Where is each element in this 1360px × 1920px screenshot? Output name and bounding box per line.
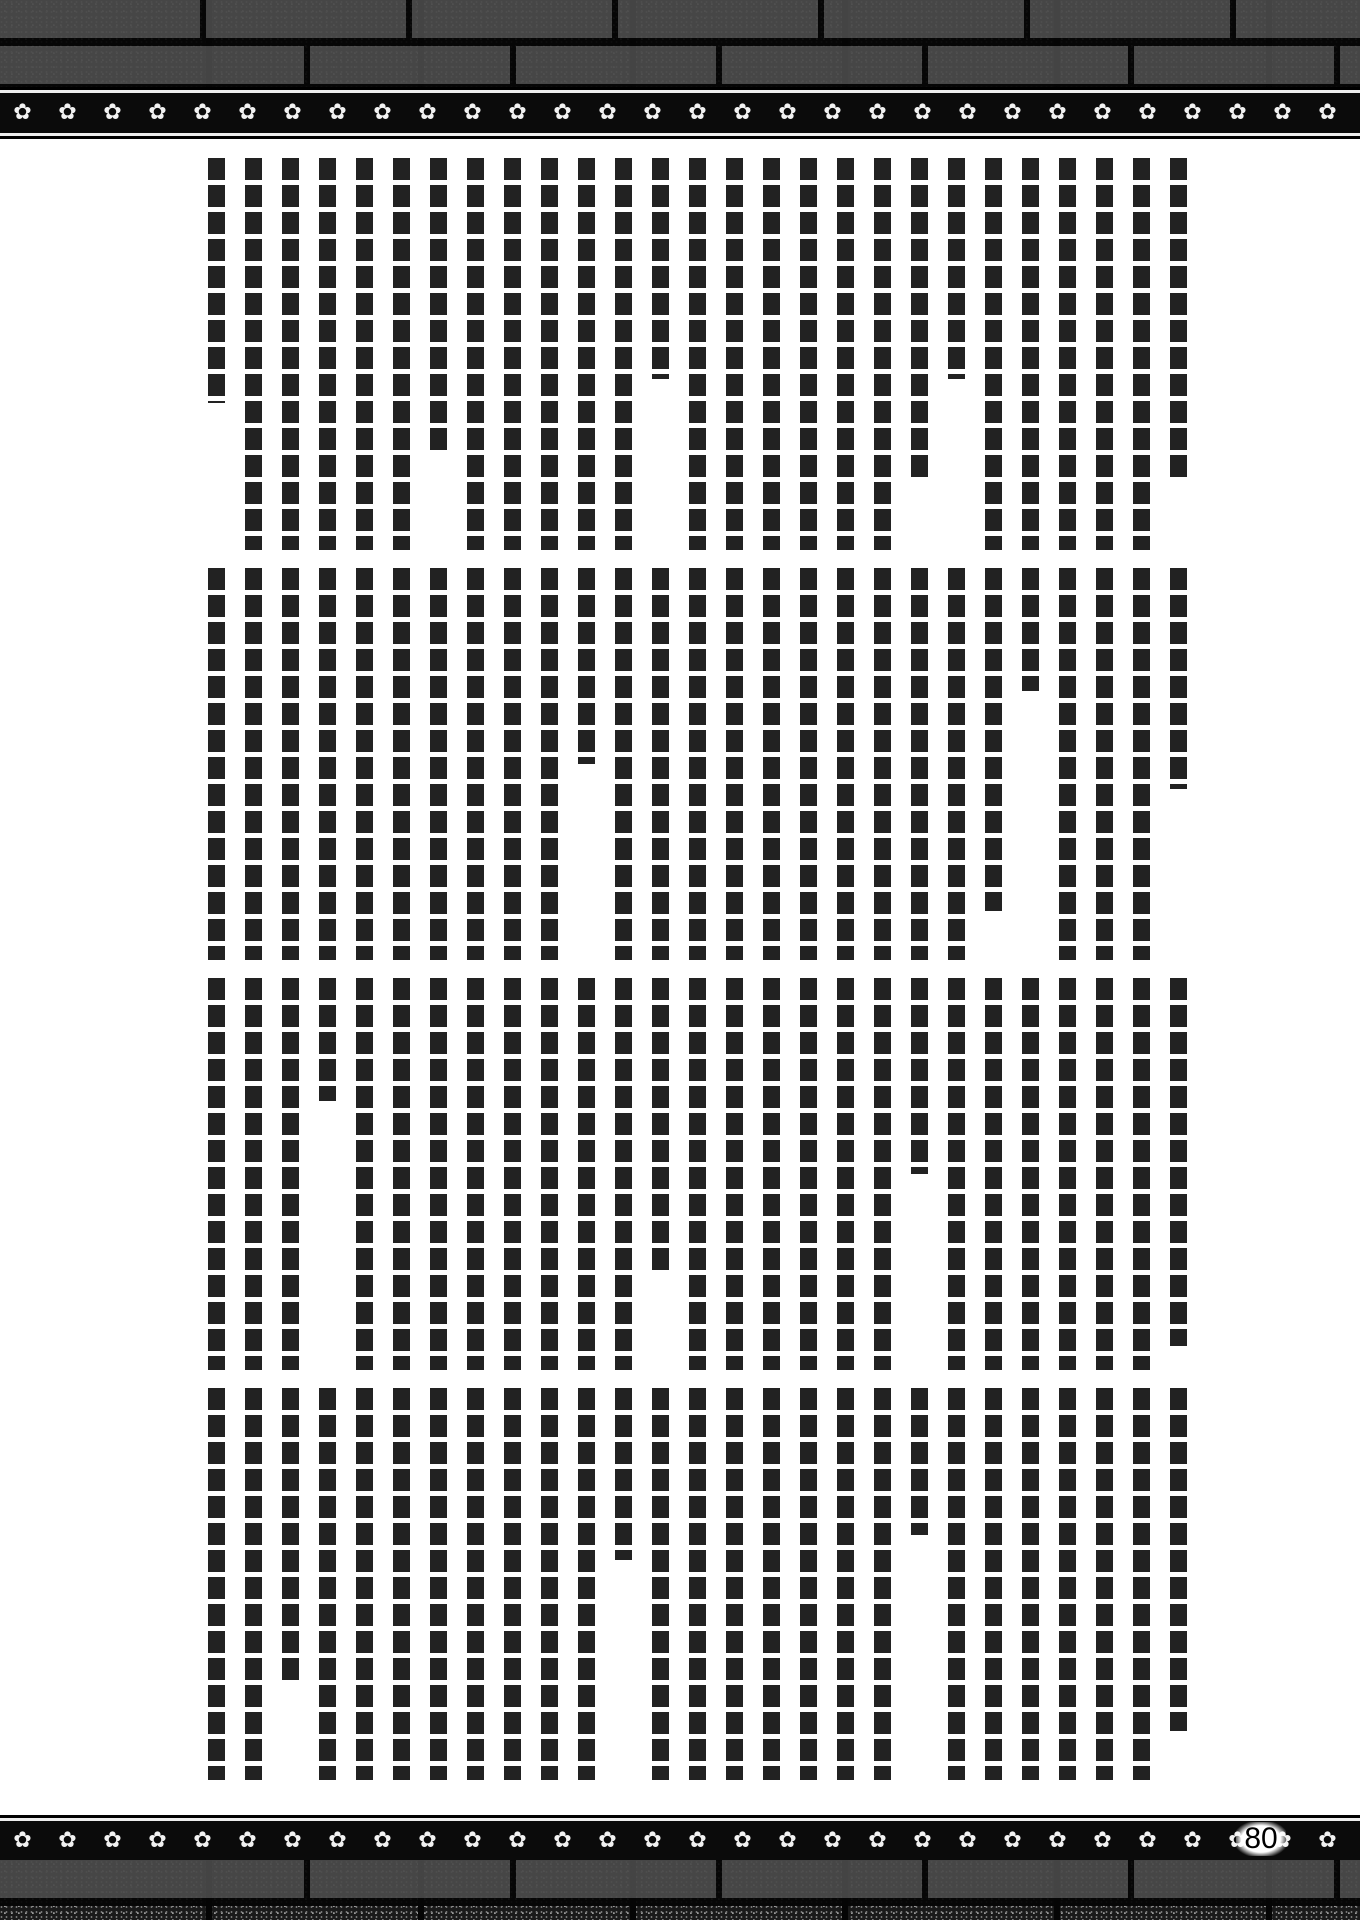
text-column <box>903 978 936 1388</box>
text-column <box>1088 978 1121 1388</box>
text-column <box>533 978 566 1388</box>
text-column <box>570 1388 603 1798</box>
text-column <box>644 1388 677 1798</box>
flower-ornament-icon: ✿ <box>765 93 810 133</box>
text-column <box>755 158 788 568</box>
text-column <box>903 1388 936 1798</box>
text-column <box>533 158 566 568</box>
flower-ornament-icon: ✿ <box>945 93 990 133</box>
text-column <box>681 568 714 978</box>
flower-ornament-icon: ✿ <box>405 93 450 133</box>
text-tier-2 <box>165 568 1195 978</box>
text-column <box>681 158 714 568</box>
text-column <box>718 1388 751 1798</box>
flower-ornament-icon: ✿ <box>630 1821 675 1861</box>
flower-ornament-icon: ✿ <box>225 1821 270 1861</box>
flower-ornament-icon: ✿ <box>585 93 630 133</box>
text-column <box>1088 158 1121 568</box>
text-column <box>237 568 270 978</box>
flower-ornament-icon: ✿ <box>450 1821 495 1861</box>
text-column <box>977 158 1010 568</box>
flower-ornament-icon: ✿ <box>720 1821 765 1861</box>
flower-ornament-icon: ✿ <box>540 93 585 133</box>
text-column <box>977 568 1010 978</box>
text-column <box>1051 158 1084 568</box>
text-column <box>1162 158 1195 568</box>
text-column <box>200 158 233 568</box>
text-column <box>311 1388 344 1798</box>
flower-ornament-icon: ✿ <box>135 93 180 133</box>
flower-ornament-icon: ✿ <box>720 93 765 133</box>
flower-ornament-icon: ✿ <box>45 1821 90 1861</box>
text-column <box>866 158 899 568</box>
flower-ornament-icon: ✿ <box>900 93 945 133</box>
text-column <box>607 568 640 978</box>
text-column <box>422 568 455 978</box>
text-column <box>792 158 825 568</box>
text-column <box>1125 568 1158 978</box>
text-column <box>866 1388 899 1798</box>
text-column <box>200 1388 233 1798</box>
text-tier-4 <box>165 1388 1195 1798</box>
text-column <box>1014 978 1047 1388</box>
flower-ornament-icon: ✿ <box>495 93 540 133</box>
flower-ornament-icon: ✿ <box>180 93 225 133</box>
flower-ornament-icon: ✿ <box>765 1821 810 1861</box>
text-column <box>681 978 714 1388</box>
text-column <box>792 568 825 978</box>
flower-ornament-icon: ✿ <box>855 1821 900 1861</box>
flower-ornament-icon: ✿ <box>450 93 495 133</box>
flower-ornament-icon: ✿ <box>270 1821 315 1861</box>
text-tier-3 <box>165 978 1195 1388</box>
text-column <box>644 978 677 1388</box>
brick-row <box>0 46 1360 92</box>
text-column <box>940 978 973 1388</box>
flower-ornament-icon: ✿ <box>225 93 270 133</box>
text-column <box>533 1388 566 1798</box>
flower-ornament-icon: ✿ <box>1170 1821 1215 1861</box>
text-column <box>1014 1388 1047 1798</box>
text-column <box>866 978 899 1388</box>
text-column <box>1088 568 1121 978</box>
text-column <box>348 158 381 568</box>
brick-row <box>0 0 1360 46</box>
text-column <box>311 158 344 568</box>
text-column <box>459 158 492 568</box>
text-column <box>200 568 233 978</box>
text-column <box>274 978 307 1388</box>
text-column <box>1162 1388 1195 1798</box>
text-column <box>829 978 862 1388</box>
text-column <box>1051 568 1084 978</box>
flower-ornament-icon: ✿ <box>540 1821 585 1861</box>
flower-ornament-icon: ✿ <box>1125 93 1170 133</box>
text-column <box>237 1388 270 1798</box>
flower-ornament-icon: ✿ <box>585 1821 630 1861</box>
text-column <box>681 1388 714 1798</box>
text-column <box>866 568 899 978</box>
page-number: 80 <box>1236 1822 1286 1856</box>
text-column <box>792 1388 825 1798</box>
text-column <box>385 978 418 1388</box>
text-column <box>274 1388 307 1798</box>
text-column <box>311 978 344 1388</box>
text-column <box>459 978 492 1388</box>
flower-ornament-icon: ✿ <box>1260 93 1305 133</box>
flower-ornament-icon: ✿ <box>90 1821 135 1861</box>
flower-ornament-icon: ✿ <box>405 1821 450 1861</box>
text-column <box>496 158 529 568</box>
bottom-floral-band: ✿✿✿✿✿✿✿✿✿✿✿✿✿✿✿✿✿✿✿✿✿✿✿✿✿✿✿✿✿✿✿ <box>0 1818 1360 1864</box>
text-column <box>570 568 603 978</box>
text-column <box>607 158 640 568</box>
text-column <box>385 1388 418 1798</box>
text-column <box>903 158 936 568</box>
flower-ornament-icon: ✿ <box>1350 1821 1360 1861</box>
flower-ornament-icon: ✿ <box>0 1821 45 1861</box>
flower-ornament-icon: ✿ <box>360 1821 405 1861</box>
top-floral-band: ✿✿✿✿✿✿✿✿✿✿✿✿✿✿✿✿✿✿✿✿✿✿✿✿✿✿✿✿✿✿✿ <box>0 90 1360 136</box>
flower-ornament-icon: ✿ <box>1305 1821 1350 1861</box>
text-column <box>348 1388 381 1798</box>
flower-ornament-icon: ✿ <box>1170 93 1215 133</box>
text-column <box>496 568 529 978</box>
text-column <box>1125 1388 1158 1798</box>
text-column <box>644 568 677 978</box>
flower-ornament-icon: ✿ <box>630 93 675 133</box>
text-column <box>718 978 751 1388</box>
text-column <box>977 978 1010 1388</box>
text-column <box>718 568 751 978</box>
text-column <box>829 1388 862 1798</box>
text-column <box>459 568 492 978</box>
flower-ornament-icon: ✿ <box>360 93 405 133</box>
flower-ornament-icon: ✿ <box>1080 93 1125 133</box>
flower-ornament-icon: ✿ <box>1035 1821 1080 1861</box>
text-column <box>570 978 603 1388</box>
body-text-area <box>165 158 1195 1798</box>
text-column <box>533 568 566 978</box>
text-column <box>607 1388 640 1798</box>
text-column <box>755 978 788 1388</box>
flower-ornament-icon: ✿ <box>900 1821 945 1861</box>
flower-ornament-icon: ✿ <box>945 1821 990 1861</box>
text-column <box>348 978 381 1388</box>
text-column <box>274 568 307 978</box>
flower-ornament-icon: ✿ <box>855 93 900 133</box>
text-column <box>1125 978 1158 1388</box>
text-column <box>1014 158 1047 568</box>
flower-ornament-icon: ✿ <box>675 93 720 133</box>
flower-ornament-icon: ✿ <box>675 1821 720 1861</box>
text-column <box>977 1388 1010 1798</box>
text-tier-1 <box>165 158 1195 568</box>
text-column <box>1162 568 1195 978</box>
text-column <box>200 978 233 1388</box>
text-column <box>940 1388 973 1798</box>
text-column <box>1051 978 1084 1388</box>
brick-row <box>0 1860 1360 1906</box>
text-column <box>422 158 455 568</box>
text-column <box>792 978 825 1388</box>
text-column <box>459 1388 492 1798</box>
text-column <box>237 978 270 1388</box>
flower-ornament-icon: ✿ <box>1215 93 1260 133</box>
text-column <box>903 568 936 978</box>
text-column <box>1051 1388 1084 1798</box>
text-column <box>940 568 973 978</box>
flower-ornament-icon: ✿ <box>315 1821 360 1861</box>
text-column <box>829 158 862 568</box>
text-column <box>311 568 344 978</box>
flower-ornament-icon: ✿ <box>810 93 855 133</box>
text-column <box>755 568 788 978</box>
flower-ornament-icon: ✿ <box>0 93 45 133</box>
text-column <box>496 978 529 1388</box>
text-column <box>1162 978 1195 1388</box>
text-column <box>385 568 418 978</box>
flower-ornament-icon: ✿ <box>1305 93 1350 133</box>
flower-ornament-icon: ✿ <box>990 93 1035 133</box>
text-column <box>755 1388 788 1798</box>
flower-ornament-icon: ✿ <box>270 93 315 133</box>
text-column <box>274 158 307 568</box>
flower-ornament-icon: ✿ <box>1080 1821 1125 1861</box>
text-column <box>422 978 455 1388</box>
bottom-brick-border <box>0 1860 1360 1920</box>
flower-ornament-icon: ✿ <box>495 1821 540 1861</box>
top-brick-border <box>0 0 1360 88</box>
flower-ornament-icon: ✿ <box>315 93 360 133</box>
flower-ornament-icon: ✿ <box>180 1821 225 1861</box>
flower-ornament-icon: ✿ <box>990 1821 1035 1861</box>
text-column <box>940 158 973 568</box>
flower-ornament-icon: ✿ <box>45 93 90 133</box>
text-column <box>1014 568 1047 978</box>
text-column <box>348 568 381 978</box>
flower-ornament-icon: ✿ <box>1350 93 1360 133</box>
text-column <box>496 1388 529 1798</box>
flower-ornament-icon: ✿ <box>1035 93 1080 133</box>
text-column <box>422 1388 455 1798</box>
text-column <box>237 158 270 568</box>
flower-ornament-icon: ✿ <box>135 1821 180 1861</box>
flower-ornament-icon: ✿ <box>90 93 135 133</box>
flower-ornament-icon: ✿ <box>1125 1821 1170 1861</box>
flower-ornament-icon: ✿ <box>810 1821 855 1861</box>
text-column <box>570 158 603 568</box>
text-column <box>644 158 677 568</box>
text-column <box>607 978 640 1388</box>
text-column <box>1088 1388 1121 1798</box>
text-column <box>1125 158 1158 568</box>
text-column <box>829 568 862 978</box>
text-column <box>718 158 751 568</box>
text-column <box>385 158 418 568</box>
